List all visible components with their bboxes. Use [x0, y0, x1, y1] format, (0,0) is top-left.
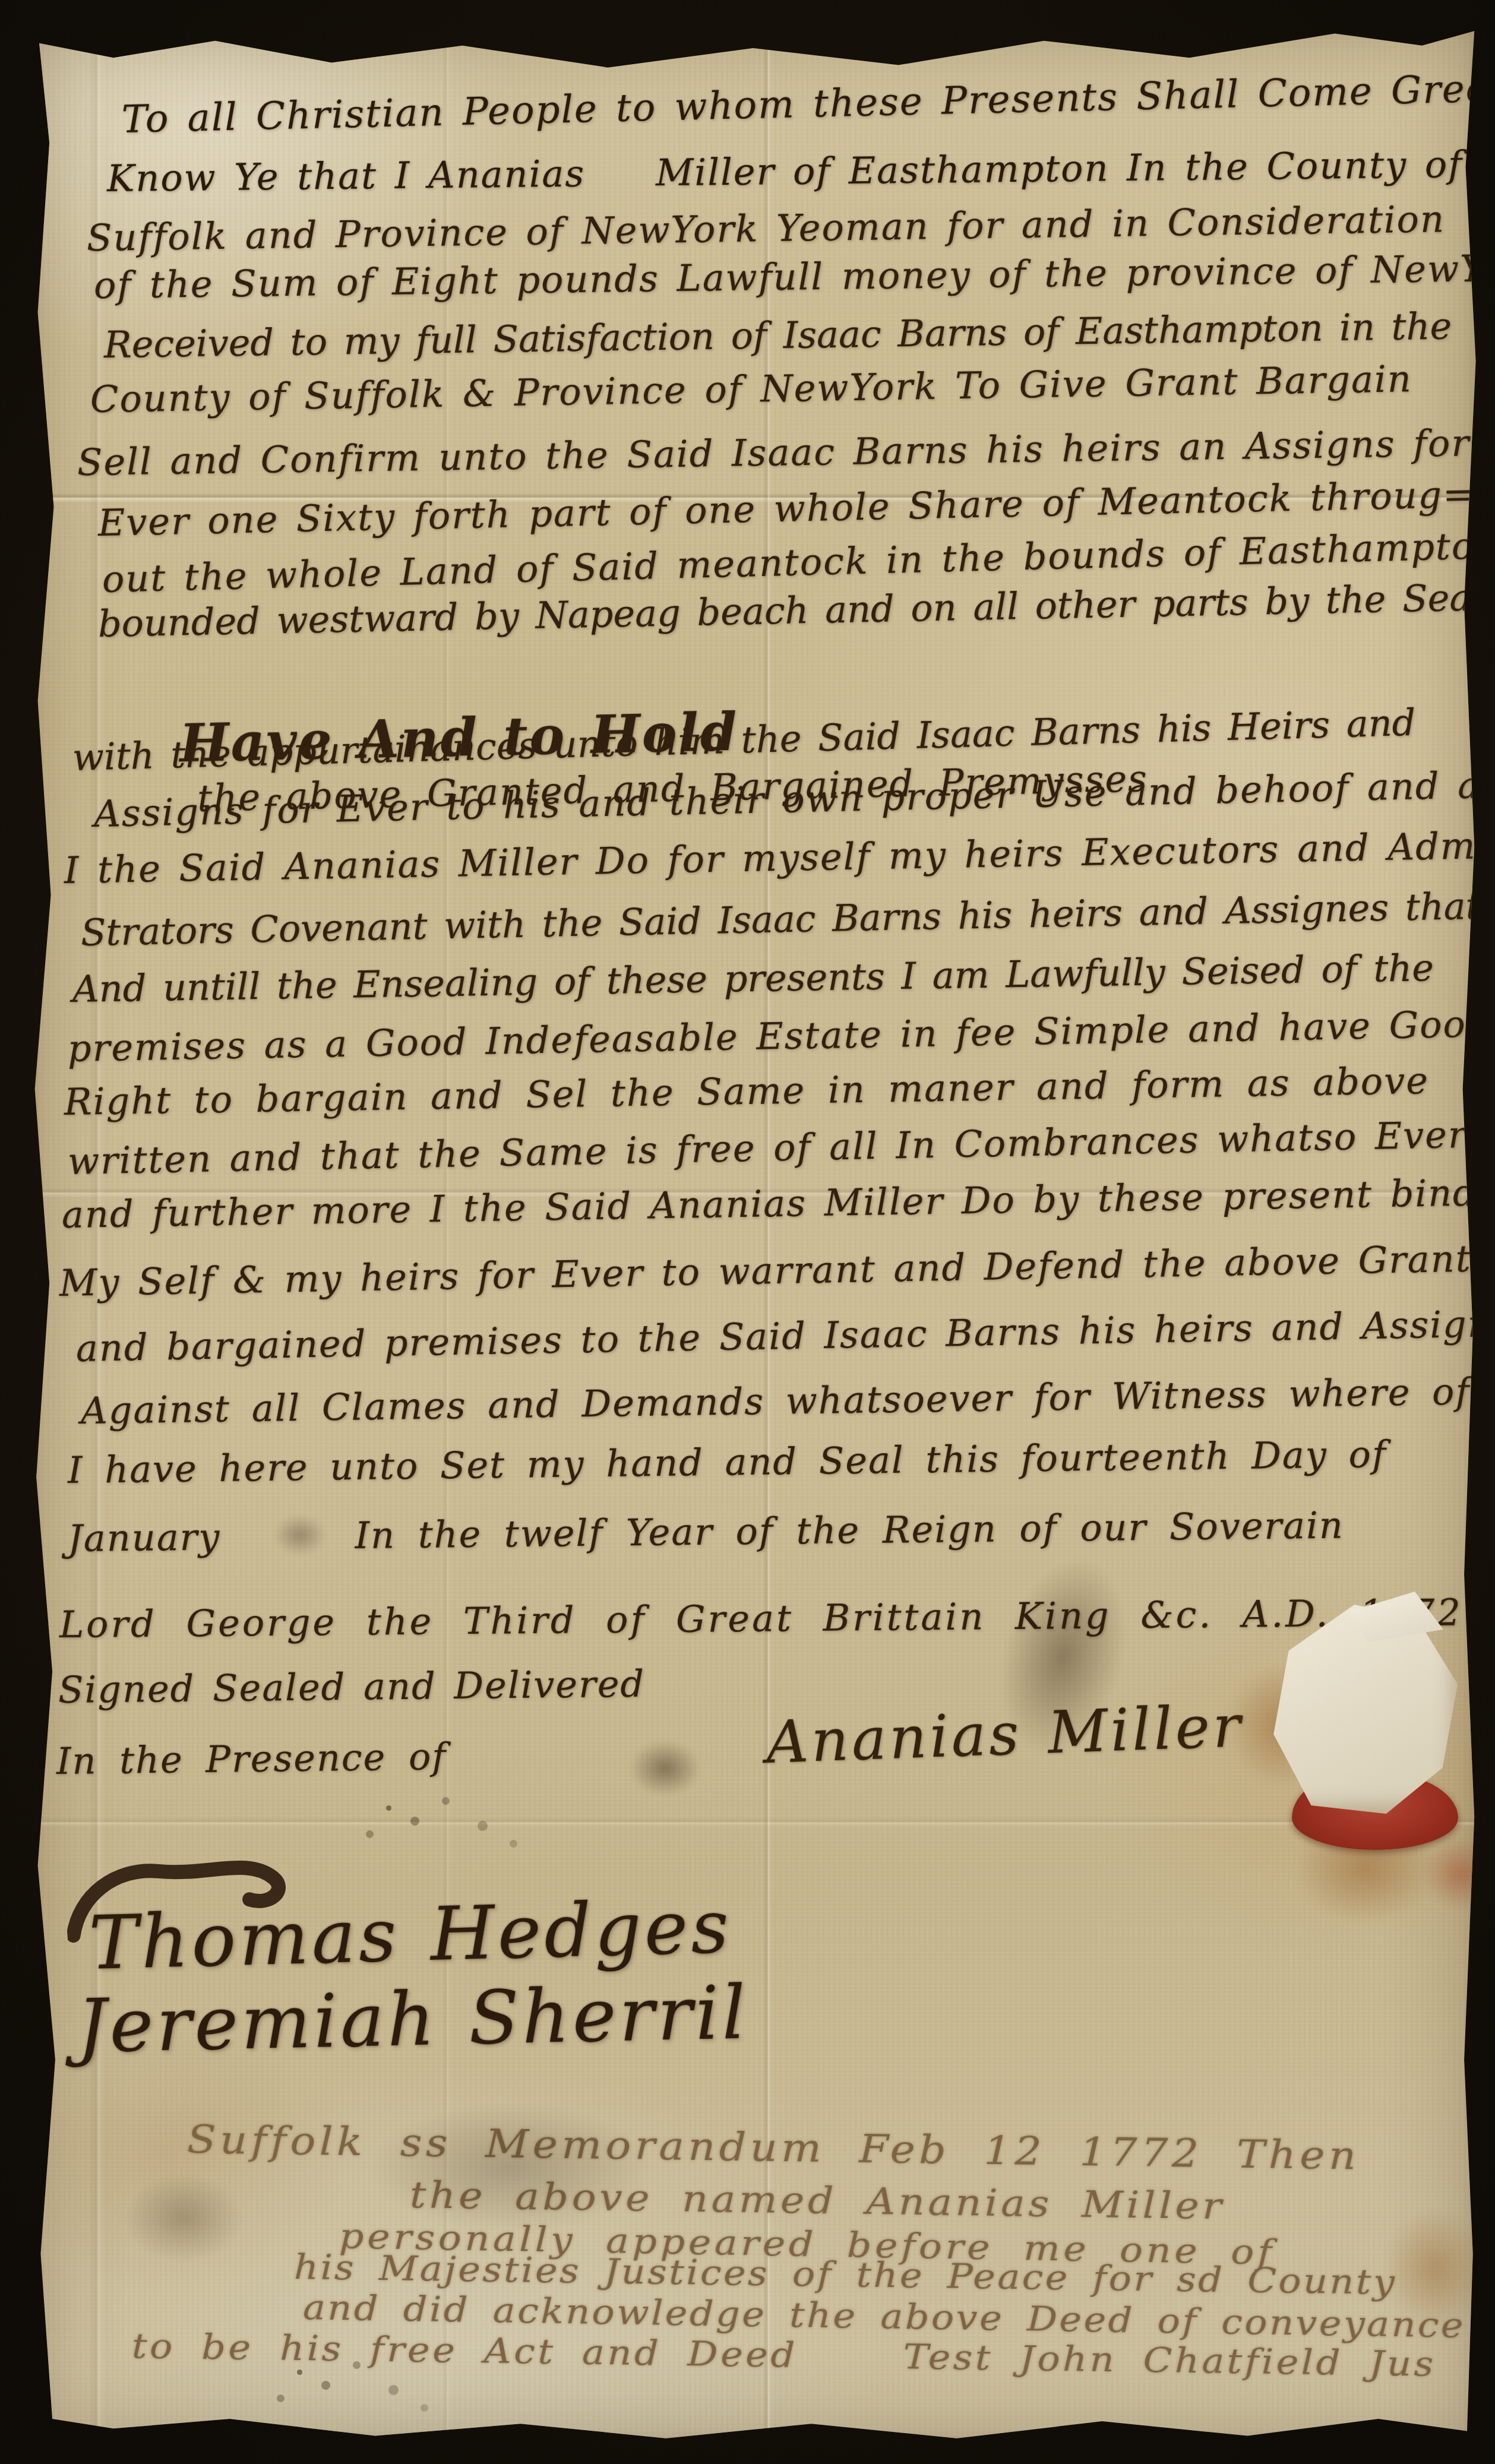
deed-line: My Self & my heirs for Ever to warrant a… [59, 1235, 1495, 1306]
deed-paper-sheet: To all Christian People to whom these Pr… [26, 21, 1480, 2448]
manuscript-scan: To all Christian People to whom these Pr… [0, 0, 1495, 2464]
deed-line: County of Suffolk & Province of NewYork … [90, 356, 1412, 422]
deed-line: I have here unto Set my hand and Seal th… [68, 1431, 1387, 1494]
ink-specks [297, 2370, 302, 2375]
ink-blot [273, 1514, 327, 1556]
deed-line: And untill the Ensealing of these presen… [72, 945, 1434, 1012]
memorandum-line: Suffolk ss Memorandum Feb 12 1772 Then [187, 2115, 1360, 2181]
deed-line: To all Christian People to whom these Pr… [121, 64, 1495, 144]
deed-line: Know Ye that I Ananias Miller of Eastham… [107, 141, 1464, 201]
ink-smudge [368, 2102, 653, 2233]
wafer-fold-flap [1348, 1592, 1443, 1642]
wax-seal [1259, 1592, 1485, 1900]
ink-specks [386, 1805, 391, 1811]
closing-signed-line: Signed Sealed and Delivered [58, 1661, 646, 1713]
deed-line: and bargained premises to the Said Isaac… [75, 1301, 1495, 1372]
closing-presence-line: In the Presence of [56, 1734, 447, 1785]
ink-smudge [125, 2174, 244, 2263]
witness-signature: Jeremiah Sherril [76, 1967, 749, 2073]
deed-line: Against all Clames and Demands whatsoeve… [80, 1368, 1470, 1434]
deed-line: Lord George the Third of Great Brittain … [59, 1589, 1463, 1647]
deed-line: Strators Covenant with the Said Isaac Ba… [80, 883, 1481, 956]
ink-blot [630, 1740, 701, 1796]
deed-line: January In the twelf Year of the Reign o… [68, 1502, 1345, 1561]
stain [1384, 2209, 1485, 2328]
